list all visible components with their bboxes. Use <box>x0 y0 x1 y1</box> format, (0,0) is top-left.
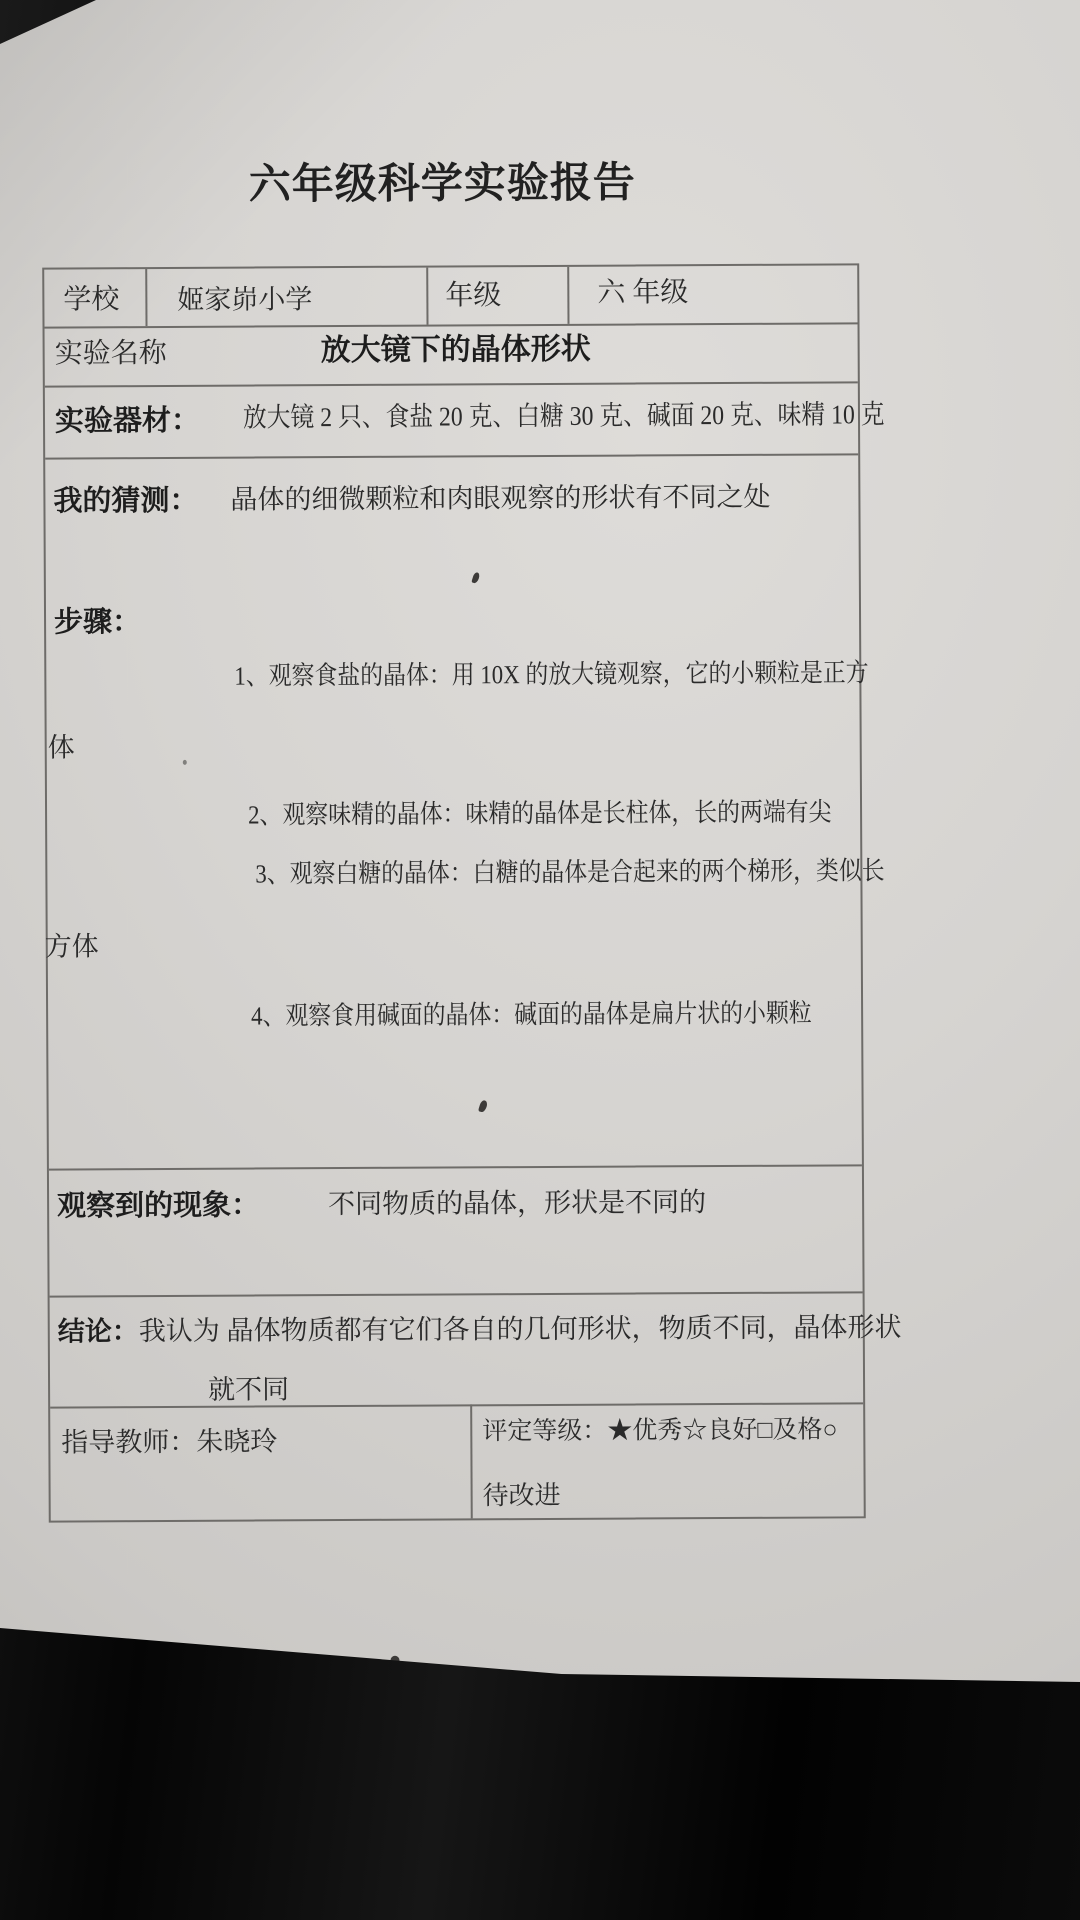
report-title: 六年级科学实验报告 <box>249 157 636 212</box>
table-grid-line <box>45 453 858 459</box>
conclusion-label: 结论： <box>58 1316 139 1346</box>
table-grid-line <box>145 269 147 326</box>
teacher-value: 朱晓玲 <box>196 1426 277 1456</box>
grade-value: 六 年级 <box>597 275 688 310</box>
table-grid-line <box>45 381 858 387</box>
step-1-wrap: 体 <box>48 731 75 765</box>
table-grid-line <box>50 1402 863 1408</box>
materials-label: 实验器材： <box>55 403 200 440</box>
guess-label: 我的猜测： <box>53 483 198 520</box>
grade-label: 年级 <box>445 278 501 313</box>
teacher-line: 指导教师：朱晓玲 <box>61 1425 277 1460</box>
observation-value: 不同物质的晶体，形状是不同的 <box>328 1186 706 1222</box>
step-3-wrap: 方体 <box>45 930 99 964</box>
conclusion-line: 结论：我认为 晶体物质都有它们各自的几何形状，物质不同，晶体形状 <box>58 1311 902 1349</box>
table-grid-line <box>49 1164 862 1170</box>
table-grid-line <box>470 1404 473 1518</box>
paper-speck <box>183 760 187 765</box>
step-4-line: 4、观察食用碱面的晶体：碱面的晶体是扁片状的小颗粒 <box>251 998 812 1033</box>
steps-label: 步骤： <box>54 604 141 641</box>
guess-value: 晶体的细微颗粒和肉眼观察的形状有不同之处 <box>230 481 770 518</box>
report-paper: 六年级科学实验报告 学校 姬家峁小学 年级 六 年级 实验名称 放大镜下 <box>0 0 1080 1920</box>
table-grid-line <box>50 1291 863 1297</box>
table-grid-line <box>426 268 428 325</box>
rating-line-1: 评定等级：★优秀☆良好□及格○ <box>482 1414 837 1447</box>
table-grid-line <box>45 322 858 328</box>
experiment-name-value: 放大镜下的晶体形状 <box>321 331 591 370</box>
school-value: 姬家峁小学 <box>177 283 312 317</box>
conclusion-wrap: 就不同 <box>208 1373 289 1407</box>
observation-label: 观察到的现象： <box>57 1187 260 1224</box>
rating-line-2: 待改进 <box>483 1480 561 1513</box>
step-1-line: 1、观察食盐的晶体：用 10X 的放大镜观察，它的小颗粒是正方 <box>234 657 868 693</box>
table-grid-line <box>567 267 569 324</box>
teacher-label: 指导教师： <box>61 1427 196 1458</box>
report-content: 六年级科学实验报告 学校 姬家峁小学 年级 六 年级 实验名称 放大镜下 <box>0 0 1080 1920</box>
experiment-name-label: 实验名称 <box>55 336 167 372</box>
step-3-line: 3、观察白糖的晶体：白糖的晶体是合起来的两个梯形，类似长 <box>255 855 884 891</box>
school-label: 学校 <box>63 282 119 317</box>
step-2-line: 2、观察味精的晶体：味精的晶体是长柱体，长的两端有尖 <box>248 796 832 832</box>
paper-speck <box>390 1656 399 1665</box>
conclusion-text: 我认为 晶体物质都有它们各自的几何形状，物质不同，晶体形状 <box>139 1312 902 1346</box>
materials-value: 放大镜 2 只、食盐 20 克、白糖 30 克、碱面 20 克、味精 10 克 <box>243 398 885 435</box>
photo-scene: 六年级科学实验报告 学校 姬家峁小学 年级 六 年级 实验名称 放大镜下 <box>0 0 1080 1920</box>
